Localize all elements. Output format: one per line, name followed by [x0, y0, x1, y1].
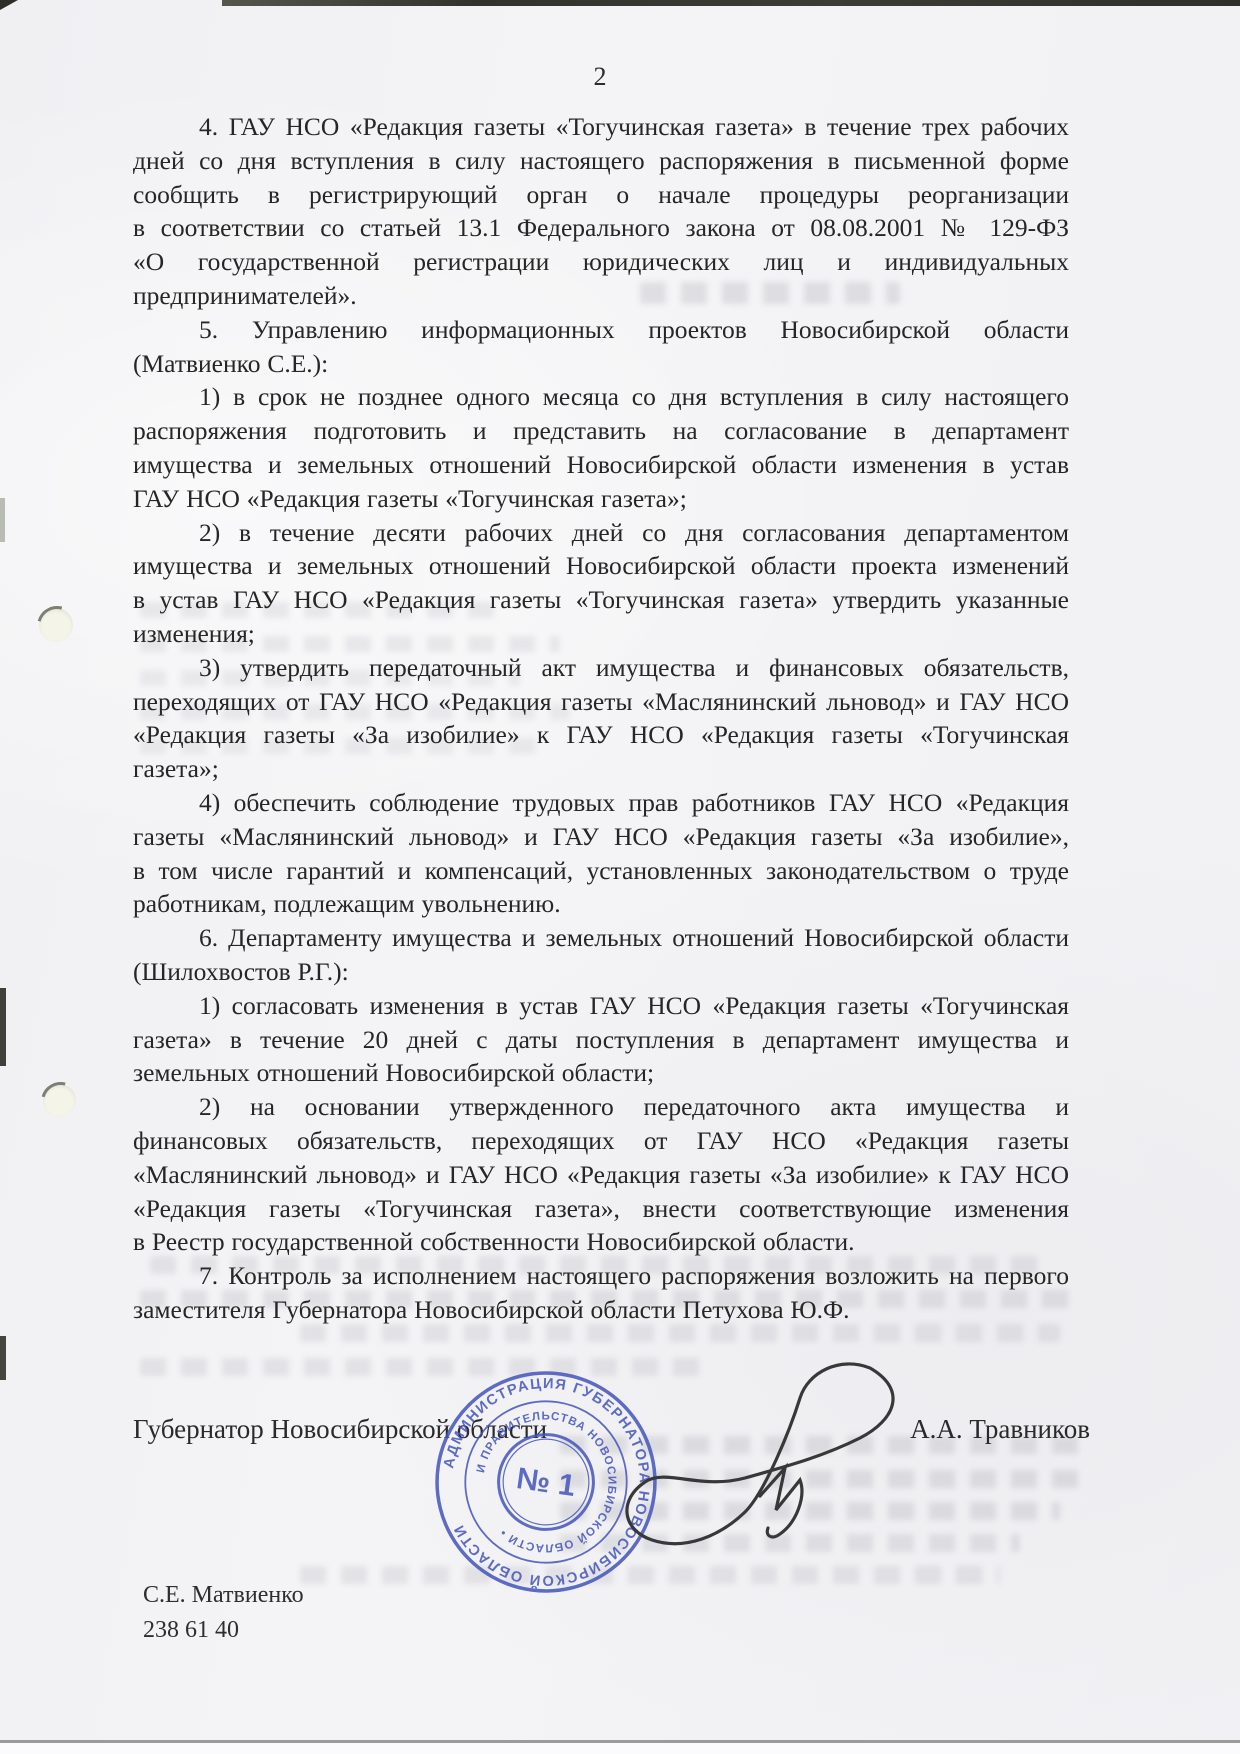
document-line: «Редакция газеты «За изобилие» к ГАУ НСО… — [133, 718, 1069, 752]
footer-contact: С.Е. Матвиенко 238 61 40 — [143, 1578, 304, 1648]
document-line: 1) в срок не позднее одного месяца со дн… — [133, 380, 1069, 414]
document-line: «О государственной регистрации юридическ… — [133, 245, 1069, 279]
document-line: 3) утвердить передаточный акт имущества … — [133, 651, 1069, 685]
scanned-page: 2 4. ГАУ НСО «Редакция газеты «Тогучинск… — [0, 0, 1240, 1754]
document-line: распоряжения подготовить и представить н… — [133, 414, 1069, 448]
page-number: 2 — [560, 62, 640, 92]
document-line: финансовых обязательств, переходящих от … — [133, 1124, 1069, 1158]
document-line: 2) в течение десяти рабочих дней со дня … — [133, 516, 1069, 550]
document-line: газета» в течение 20 дней с даты поступл… — [133, 1023, 1069, 1057]
scan-left-edge — [0, 988, 6, 1066]
scan-bottom-margin — [0, 1743, 1240, 1754]
document-line: (Шилохвостов Р.Г.): — [133, 955, 1069, 989]
document-line: газета»; — [133, 752, 1069, 786]
hole-punch — [39, 608, 73, 642]
scan-left-edge — [0, 498, 5, 542]
scan-top-edge — [222, 0, 1240, 6]
document-line: 4. ГАУ НСО «Редакция газеты «Тогучинская… — [133, 110, 1069, 144]
document-line: в устав ГАУ НСО «Редакция газеты «Тогучи… — [133, 583, 1069, 617]
hole-punch-shadow — [30, 599, 85, 654]
document-line: предпринимателей». — [133, 279, 1069, 313]
document-line: заместителя Губернатора Новосибирской об… — [133, 1293, 1069, 1327]
document-line: «Редакция газеты «Тогучинская газета», в… — [133, 1192, 1069, 1226]
document-line: 5. Управлению информационных проектов Но… — [133, 313, 1069, 347]
document-line: 1) согласовать изменения в устав ГАУ НСО… — [133, 989, 1069, 1023]
document-line: переходящих от ГАУ НСО «Редакция газеты … — [133, 685, 1069, 719]
contact-phone: 238 61 40 — [143, 1613, 304, 1648]
document-line: имущества и земельных отношений Новосиби… — [133, 448, 1069, 482]
document-line: земельных отношений Новосибирской област… — [133, 1056, 1069, 1090]
document-body: 4. ГАУ НСО «Редакция газеты «Тогучинская… — [133, 110, 1069, 1327]
document-line: в соответствии со статьей 13.1 Федеральн… — [133, 211, 1069, 245]
document-line: 7. Контроль за исполнением настоящего ра… — [133, 1259, 1069, 1293]
hole-punch-shadow — [34, 1075, 87, 1128]
document-line: дней со дня вступления в силу настоящего… — [133, 144, 1069, 178]
document-line: (Матвиенко С.Е.): — [133, 347, 1069, 381]
hole-punch — [43, 1084, 76, 1117]
document-line: газеты «Маслянинский льновод» и ГАУ НСО … — [133, 820, 1069, 854]
document-line: имущества и земельных отношений Новосиби… — [133, 549, 1069, 583]
document-line: 4) обеспечить соблюдение трудовых прав р… — [133, 786, 1069, 820]
document-line: «Маслянинский льновод» и ГАУ НСО «Редакц… — [133, 1158, 1069, 1192]
document-line: сообщить в регистрирующий орган о начале… — [133, 178, 1069, 212]
contact-name: С.Е. Матвиенко — [143, 1578, 304, 1613]
handwritten-signature — [600, 1340, 1020, 1560]
document-line: работникам, подлежащим увольнению. — [133, 887, 1069, 921]
stamp-center-number: № 1 — [514, 1462, 577, 1503]
document-line: в том числе гарантий и компенсаций, уста… — [133, 854, 1069, 888]
scan-left-edge — [0, 1336, 6, 1380]
document-line: в Реестр государственной собственности Н… — [133, 1225, 1069, 1259]
scan-corner-mark — [0, 0, 18, 10]
document-line: изменения; — [133, 617, 1069, 651]
document-line: ГАУ НСО «Редакция газеты «Тогучинская га… — [133, 482, 1069, 516]
document-line: 2) на основании утвержденного передаточн… — [133, 1090, 1069, 1124]
document-line: 6. Департаменту имущества и земельных от… — [133, 921, 1069, 955]
